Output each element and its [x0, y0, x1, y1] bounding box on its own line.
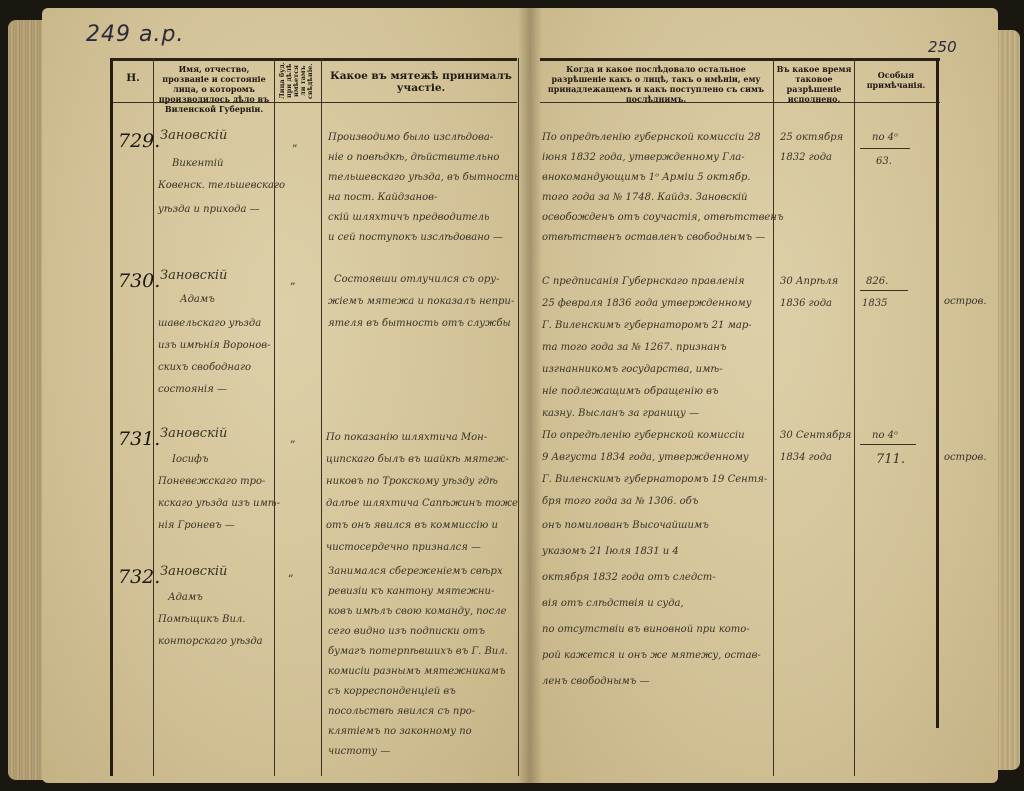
executed-date: 1834 года [780, 448, 832, 468]
note-ref: по 4ᵒ [872, 128, 898, 148]
top-rule-left [112, 58, 517, 61]
col-divider-executed [854, 58, 855, 776]
participation-line: сего видно изъ подписки отъ [328, 622, 485, 642]
resolution-line: По опредѣленію губернской комиссіи 28 [542, 128, 760, 148]
note-ref: 63. [876, 152, 892, 172]
col-divider-name [274, 58, 275, 776]
participation-line: тельшевскаго уѣзда, въ бытность [328, 168, 519, 188]
participation-line: ревизіи къ кантону мятежни- [328, 582, 494, 602]
col-divider-participation [518, 58, 519, 776]
participation-line: По показанію шляхтича Мон- [326, 428, 487, 448]
executed-date: 25 октября [780, 128, 843, 148]
entry-name-line: нія Гроневъ — [158, 516, 235, 536]
participation-line: на пост. Кайдзанов- [328, 188, 437, 208]
resolution-line: 25 февраля 1836 года утвержденному [542, 294, 752, 314]
resolution-line: ленъ свободнымъ — [542, 672, 650, 692]
resolution-line: бря того года за № 1306. объ [542, 492, 698, 512]
entry-name-line: Адамъ [180, 290, 215, 310]
participation-line: комисіи разнымъ мятежникамъ [328, 662, 505, 682]
entry-name-line: уѣзда и прихода — [158, 200, 260, 220]
entry-name-line: Іосифъ [172, 450, 209, 470]
entry-name: Зановскій [160, 424, 227, 444]
resolution-line: та того года за № 1267. признанъ [542, 338, 727, 358]
ditto-mark: „ [290, 432, 296, 445]
col-divider-number [153, 58, 154, 776]
resolution-line: освобожденъ отъ соучастія, отвѣтственъ [542, 208, 784, 228]
top-rule-right [540, 58, 940, 61]
participation-line: съ корреспонденціей въ [328, 682, 456, 702]
resolution-line: С предписанія Губернскаго правленія [542, 272, 745, 292]
ditto-mark: „ [288, 566, 294, 579]
note-divider [860, 148, 910, 149]
participation-line: ковъ имѣлъ свою команду, после [328, 602, 507, 622]
resolution-line: казну. Высланъ за границу — [542, 404, 699, 424]
header-number: Н. [115, 72, 151, 84]
resolution-line: внокомандующимъ 1ᵒ Арміи 5 октябр. [542, 168, 751, 188]
participation-line: посольствѣ явился съ про- [328, 702, 475, 722]
executed-date: 30 Апрѣля [780, 272, 838, 292]
right-outer-border [936, 58, 939, 728]
resolution-line: ніе подлежащимъ обращенію въ [542, 382, 719, 402]
note-ref: 826. [866, 272, 888, 292]
executed-date: 30 Сентября [780, 426, 851, 446]
col-divider-presence [321, 58, 322, 776]
executed-date: 1836 года [780, 294, 832, 314]
participation-line: никовъ по Трокскому уѣзду гдѣ [326, 472, 498, 492]
participation-line: далѣе шляхтича Сапѣжинъ тоже [326, 494, 518, 514]
participation-line: Занимался сбереженіемъ свѣрх [328, 562, 503, 582]
resolution-line: По опредѣленію губернской комиссіи [542, 426, 745, 446]
participation-line: клятіемъ по законному по [328, 722, 472, 742]
resolution-line: онъ помилованъ Высочайшимъ [542, 516, 709, 536]
resolution-line: указомъ 21 Іюля 1831 и 4 [542, 542, 679, 562]
entry-name: Зановскій [160, 562, 227, 582]
participation-line: ципскаго былъ въ шайкѣ мятеж- [326, 450, 509, 470]
book-gutter [518, 8, 542, 783]
participation-line: Производимо было изслѣдова- [328, 128, 493, 148]
entry-name-line: шавельскаго уѣзда [158, 314, 261, 334]
resolution-line: рой кажется и онъ же мятежу, остав- [542, 646, 761, 666]
header-resolution: Когда и какое послѣдовало остальное разр… [540, 64, 772, 104]
entry-name: Зановскій [160, 126, 227, 146]
entry-name-line: скихъ свободнаго [158, 358, 251, 378]
entry-name-line: Помѣщикъ Вил. [158, 610, 245, 630]
open-ledger-book: 249 a.p. 250 Н. Имя, отчество, прозваніе… [0, 0, 1024, 791]
entry-name-line: изъ имѣнія Воронов- [158, 336, 270, 356]
participation-line: Состоявши отлучился съ ору- [334, 270, 499, 290]
executed-date: 1832 года [780, 148, 832, 168]
entry-number: 729. [118, 130, 160, 152]
left-outer-border [110, 58, 113, 776]
header-participation: Какое въ мятежѣ принималъ участіе. [326, 70, 516, 94]
resolution-line: по отсутствіи въ виновной при кото- [542, 620, 750, 640]
entry-name-line: Поневежскаго тро- [158, 472, 265, 492]
note-ref: по 4ᵒ [872, 426, 898, 446]
entry-number: 731. [118, 428, 160, 450]
note-ref: 711. [876, 450, 905, 470]
remark: остров. [944, 448, 987, 468]
participation-line: бумагъ потерпѣвшихъ въ Г. Вил. [328, 642, 508, 662]
col-divider-resolution [773, 58, 774, 776]
right-page-number: 250 [928, 38, 957, 56]
entry-name-line: Викентій [172, 154, 223, 174]
entry-number: 730. [118, 270, 160, 292]
resolution-line: того года за № 1748. Кайдз. Зановскій [542, 188, 747, 208]
remark: остров. [944, 292, 987, 312]
header-notes: Особыя примѣчанія. [858, 70, 934, 90]
resolution-line: изгнанникомъ государства, имѣ- [542, 360, 723, 380]
resolution-line: октября 1832 года отъ следст- [542, 568, 716, 588]
entry-name-line: Ковенск. тельшевскаго [158, 176, 285, 196]
header-executed: Въ какое время таковое разрѣшеніе исполн… [776, 64, 852, 104]
participation-line: отъ онъ явился въ коммиссію и [326, 516, 498, 536]
resolution-line: іюня 1832 года, утвержденному Гла- [542, 148, 745, 168]
participation-line: скій шляхтичъ предводитель [328, 208, 489, 228]
entry-number: 732. [118, 566, 160, 588]
participation-line: жіемъ мятежа и показалъ непри- [328, 292, 514, 312]
participation-line: чистоту — [328, 742, 390, 762]
note-divider [860, 444, 916, 445]
header-name: Имя, отчество, прозваніе и состояніе лиц… [157, 64, 271, 114]
entry-name-line: конторскаго уѣзда [158, 632, 263, 652]
resolution-line: вія отъ слѣдствія и суда, [542, 594, 684, 614]
entry-name: Зановскій [160, 266, 227, 286]
left-page-number: 249 a.p. [86, 22, 184, 47]
entry-name-line: кскаго уѣзда изъ имѣ- [158, 494, 280, 514]
participation-line: и сей поступокъ изслѣдовано — [328, 228, 503, 248]
resolution-line: 9 Августа 1834 года, утвержденному [542, 448, 749, 468]
participation-line: ніе о повѣдкѣ, дѣйствительно [328, 148, 499, 168]
participation-line: чистосердечно признался — [326, 538, 481, 558]
resolution-line: Г. Виленскимъ губернаторомъ 21 мар- [542, 316, 752, 336]
resolution-line: Г. Виленскимъ губернаторомъ 19 Сентя- [542, 470, 767, 490]
ditto-mark: „ [290, 274, 296, 287]
resolution-line: отвѣтственъ оставленъ свободнымъ — [542, 228, 765, 248]
entry-name-line: Адамъ [168, 588, 203, 608]
note-ref: 1835 [862, 294, 887, 314]
note-divider [860, 290, 908, 291]
header-presence: Лица буд. при дѣлѣ имѣется ли тамъ свѣдѣ… [279, 62, 317, 100]
ditto-mark: „ [292, 136, 298, 149]
entry-name-line: состоянія — [158, 380, 227, 400]
participation-line: ятеля въ бытность отъ службы [328, 314, 511, 334]
